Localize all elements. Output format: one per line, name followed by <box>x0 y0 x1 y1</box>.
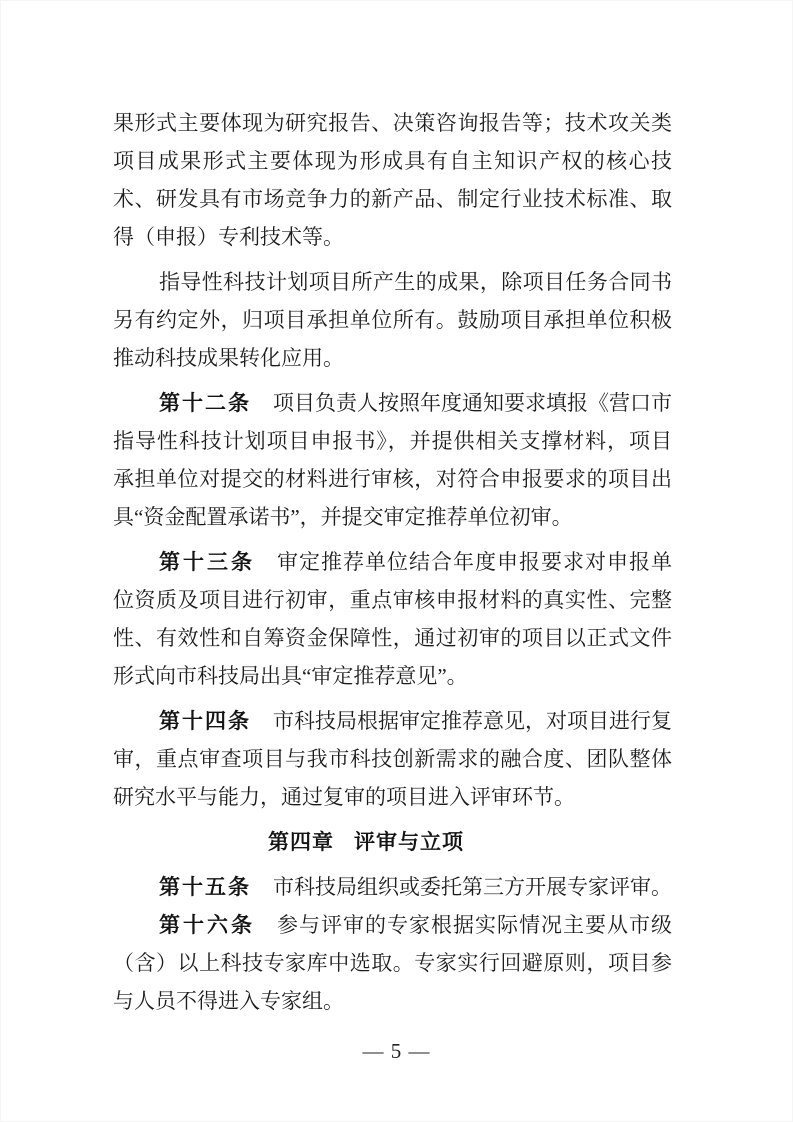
text-line: 位资质及项目进行初审，重点审核申报材料的真实性、完整 <box>113 581 672 619</box>
article-text: 项目负责人按照年度通知要求填报《营口市 <box>273 391 672 415</box>
paragraph-article-14: 第十四条市科技局根据审定推荐意见，对项目进行复 审，重点审查项目与我市科技创新需… <box>113 702 672 816</box>
document-page: 果形式主要体现为研究报告、决策咨询报告等；技术攻关类 项目成果形式主要体现为形成… <box>0 0 793 1122</box>
paragraph-article-16: 第十六条参与评审的专家根据实际情况主要从市级 （含）以上科技专家库中选取。专家实… <box>113 906 672 1020</box>
text-line: 第十五条市科技局组织或委托第三方开展专家评审。 <box>113 868 672 906</box>
text-line: 第十六条参与评审的专家根据实际情况主要从市级 <box>113 906 672 944</box>
text-line: 审，重点审查项目与我市科技创新需求的融合度、团队整体 <box>113 740 672 778</box>
chapter-heading: 第四章评审与立项 <box>113 823 672 861</box>
text-line: 果形式主要体现为研究报告、决策咨询报告等；技术攻关类 <box>113 104 672 142</box>
article-text: 市科技局组织或委托第三方开展专家评审。 <box>273 875 672 899</box>
article-text: 市科技局根据审定推荐意见，对项目进行复 <box>273 709 672 733</box>
chapter-title: 评审与立项 <box>354 831 464 854</box>
text-line: 指导性科技计划项目申报书》，并提供相关支撑材料，项目 <box>113 422 672 460</box>
article-number: 第十四条 <box>159 710 251 733</box>
paragraph-article-12: 第十二条项目负责人按照年度通知要求填报《营口市 指导性科技计划项目申报书》，并提… <box>113 384 672 536</box>
article-text: 审定推荐单位结合年度申报要求对申报单 <box>277 550 672 574</box>
text-line: 具“资金配置承诺书”，并提交审定推荐单位初审。 <box>113 498 672 536</box>
paragraph-article-15: 第十五条市科技局组织或委托第三方开展专家评审。 <box>113 868 672 906</box>
text-line: 性、有效性和自筹资金保障性，通过初审的项目以正式文件 <box>113 619 672 657</box>
text-line: 承担单位对提交的材料进行审核，对符合申报要求的项目出 <box>113 460 672 498</box>
text-line: 与人员不得进入专家组。 <box>113 982 672 1020</box>
text-line: 研究水平与能力，通过复审的项目进入评审环节。 <box>113 778 672 816</box>
text-line: 形式向市科技局出具“审定推荐意见”。 <box>113 657 672 695</box>
paragraph: 果形式主要体现为研究报告、决策咨询报告等；技术攻关类 项目成果形式主要体现为形成… <box>113 104 672 256</box>
text-line: 项目成果形式主要体现为形成具有自主知识产权的核心技 <box>113 142 672 180</box>
document-body: 果形式主要体现为研究报告、决策咨询报告等；技术攻关类 项目成果形式主要体现为形成… <box>113 104 672 1027</box>
page-footer: — 5 — <box>0 1032 793 1070</box>
text-line: 推动科技成果转化应用。 <box>113 339 672 377</box>
article-number: 第十五条 <box>159 876 251 899</box>
page-number: — 5 — <box>363 1039 431 1063</box>
paragraph-article-13: 第十三条审定推荐单位结合年度申报要求对申报单 位资质及项目进行初审，重点审核申报… <box>113 543 672 695</box>
text-line: 第十四条市科技局根据审定推荐意见，对项目进行复 <box>113 702 672 740</box>
text-line: 第十二条项目负责人按照年度通知要求填报《营口市 <box>113 384 672 422</box>
paragraph: 指导性科技计划项目所产生的成果，除项目任务合同书 另有约定外，归项目承担单位所有… <box>113 263 672 377</box>
chapter-number: 第四章 <box>268 831 334 854</box>
article-number: 第十六条 <box>159 914 255 937</box>
text-line: 另有约定外，归项目承担单位所有。鼓励项目承担单位积极 <box>113 301 672 339</box>
text-line: 得（申报）专利技术等。 <box>113 218 672 256</box>
article-text: 参与评审的专家根据实际情况主要从市级 <box>277 913 672 937</box>
text-line: 指导性科技计划项目所产生的成果，除项目任务合同书 <box>113 263 672 301</box>
text-line: 术、研发具有市场竞争力的新产品、制定行业技术标准、取 <box>113 180 672 218</box>
article-number: 第十三条 <box>159 551 255 574</box>
text-line: 第十三条审定推荐单位结合年度申报要求对申报单 <box>113 543 672 581</box>
article-number: 第十二条 <box>159 392 251 415</box>
text-line: （含）以上科技专家库中选取。专家实行回避原则，项目参 <box>113 944 672 982</box>
